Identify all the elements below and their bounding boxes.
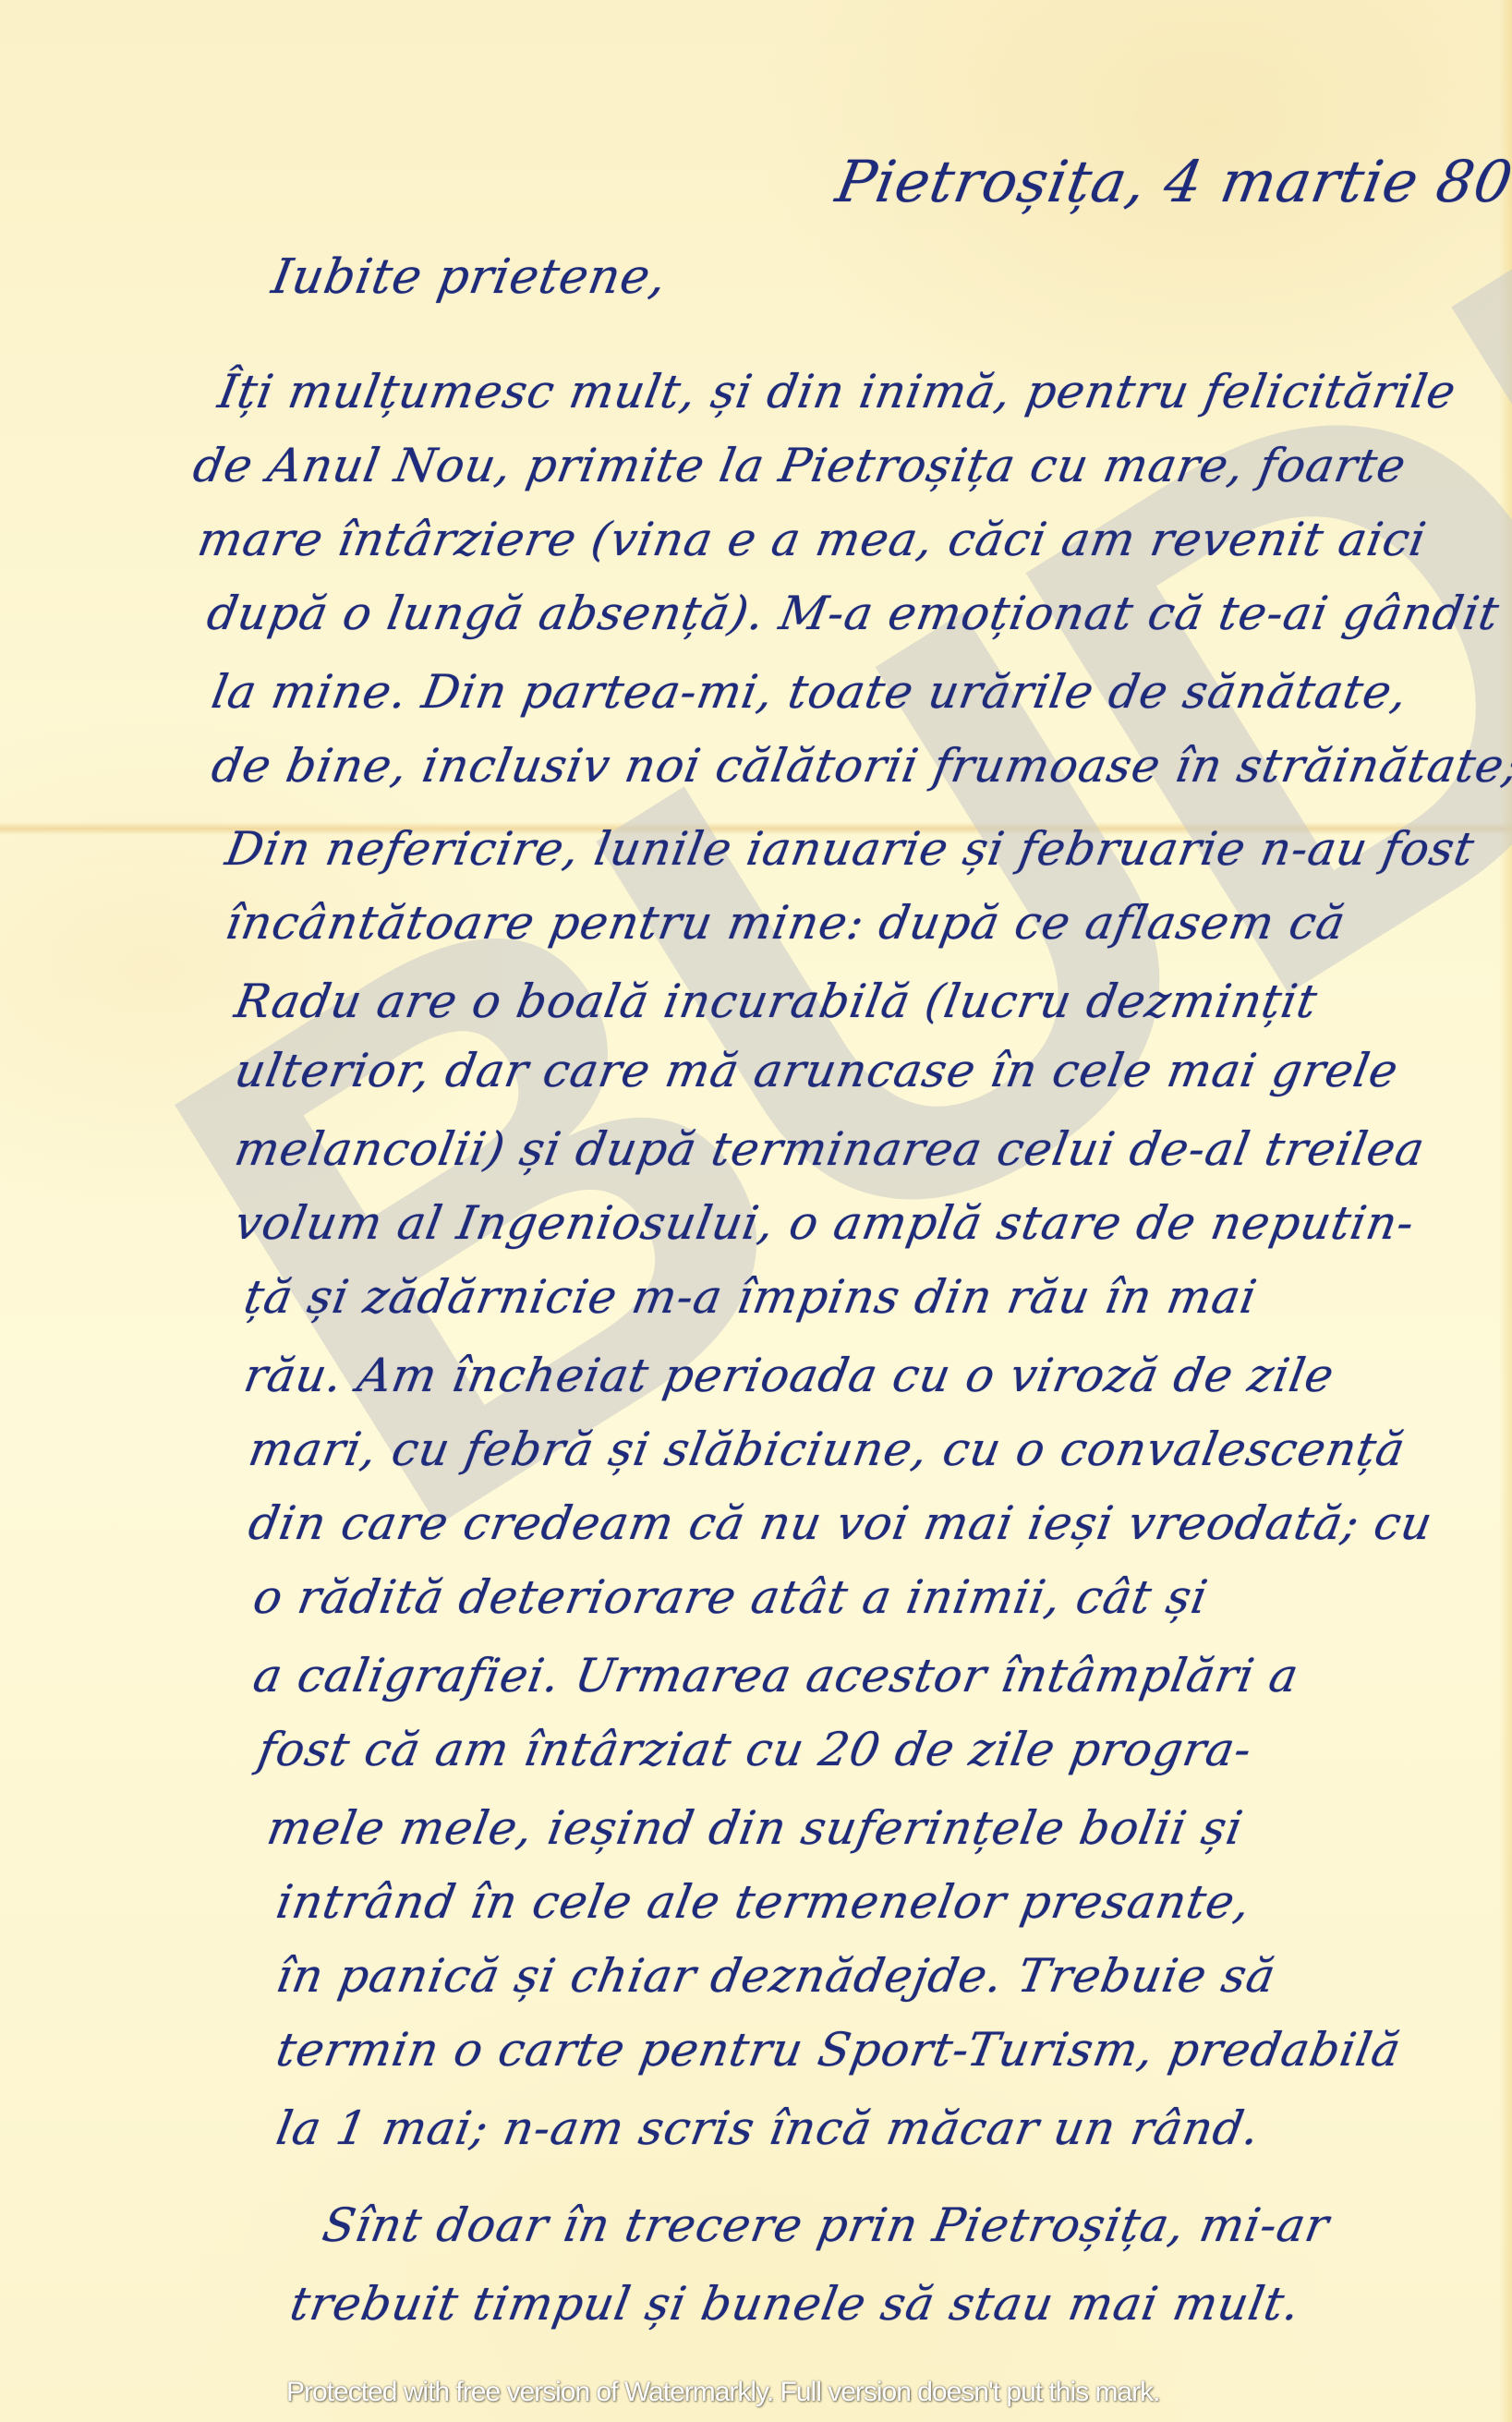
body-line: a caligrafiei. Urmarea acestor întâmplăr… [249,1649,1303,1702]
body-line: Din nefericire, lunile ianuarie și febru… [222,822,1479,876]
body-line: încântătoare pentru mine: după ce aflase… [222,896,1349,950]
body-line: melancolii) și după terminarea celui de-… [231,1122,1429,1176]
body-line: Îți mulțumesc mult, și din inimă, pentru… [214,365,1460,418]
salutation: Iubite prietene, [268,249,671,305]
body-line: la 1 mai; n-am scris încă măcar un rând. [272,2101,1264,2155]
body-line: din care credeam că nu voi mai ieși vreo… [245,1496,1437,1550]
body-line: mele mele, ieșind din suferințele bolii … [263,1801,1247,1855]
body-line: termin o carte pentru Sport-Turism, pred… [272,2023,1405,2077]
body-line: la mine. Din partea-mi, toate urările de… [208,665,1412,719]
body-line: ulterior, dar care mă aruncase în cele m… [231,1044,1403,1097]
body-line: rău. Am încheiat perioada cu o viroză de… [240,1349,1338,1402]
body-line: Sînt doar în trecere prin Pietroșița, mi… [319,2198,1334,2252]
body-line: în panică și chiar deznădejde. Trebuie s… [272,1949,1280,2003]
body-line: de Anul Nou, primite la Pietroșița cu ma… [189,439,1410,492]
place-date: Pietroșița, 4 martie 80 [831,148,1512,215]
body-line: mare întârziere (vina e a mea, căci am r… [194,513,1431,566]
body-line: Radu are o boală incurabilă (lucru dezmi… [231,975,1322,1028]
body-line: după o lungă absență). M-a emoționat că … [203,587,1504,640]
body-line: fost că am întârziat cu 20 de zile progr… [254,1723,1256,1776]
body-line: trebuit timpul și bunele să stau mai mul… [286,2277,1304,2331]
watermarkly-footer: Protected with free version of Watermark… [286,2377,1159,2408]
letter-page: BUDB Pietroșița, 4 martie 80 Iubite prie… [0,0,1512,2422]
body-line: de bine, inclusiv noi călătorii frumoase… [208,739,1512,793]
body-line: mari, cu febră și slăbiciune, cu o conva… [245,1423,1409,1476]
body-line: o rădită deteriorare atât a inimii, cât … [249,1570,1212,1624]
body-line: intrând în cele ale termenelor presante, [272,1875,1255,1929]
body-line: ță și zădărnicie m-a împins din rău în m… [240,1270,1261,1324]
body-line: volum al Ingeniosului, o amplă stare de … [231,1196,1419,1250]
handwritten-letter: Pietroșița, 4 martie 80 Iubite prietene,… [0,0,1512,2422]
